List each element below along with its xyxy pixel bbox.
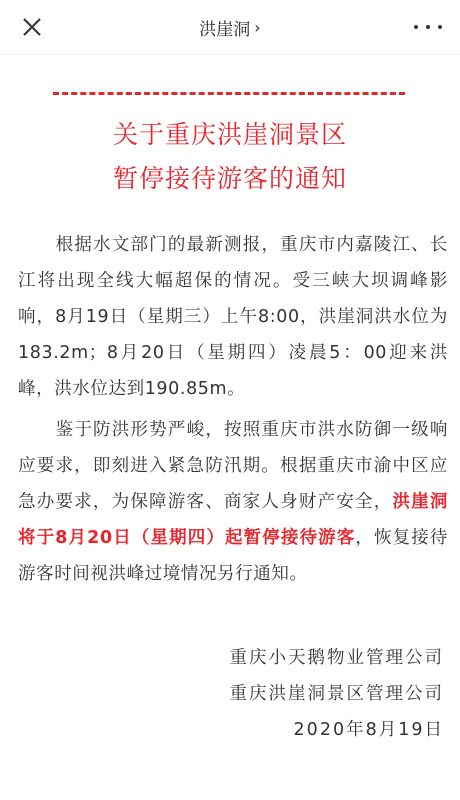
account-title-link[interactable]: 洪崖洞 › xyxy=(199,15,260,40)
title-line-2: 暂停接待游客的通知 xyxy=(0,157,460,201)
paragraph-2-text-before: 鉴于防洪形势严峻，按照重庆市洪水防御一级响应要求，即刻进入紧急防汛期。根据重庆市… xyxy=(18,420,448,512)
account-name: 洪崖洞 xyxy=(199,15,250,40)
signature-date: 2020年8月19日 xyxy=(294,712,444,748)
paragraph-1-text: 根据水文部门的最新测报，重庆市内嘉陵江、长江将出现全线大幅超保的情况。受三峡大坝… xyxy=(18,235,448,399)
paragraph-1: 根据水文部门的最新测报，重庆市内嘉陵江、长江将出现全线大幅超保的情况。受三峡大坝… xyxy=(18,227,448,407)
signature-org-2: 重庆洪崖洞景区管理公司 xyxy=(230,676,445,712)
article-title: 关于重庆洪崖洞景区 暂停接待游客的通知 xyxy=(0,113,460,201)
title-line-1: 关于重庆洪崖洞景区 xyxy=(0,113,460,157)
more-dots-icon xyxy=(414,25,418,29)
red-divider xyxy=(53,92,405,95)
close-icon xyxy=(20,15,44,39)
more-options-button[interactable] xyxy=(414,18,442,36)
paragraph-2: 鉴于防洪形势严峻，按照重庆市洪水防御一级响应要求，即刻进入紧急防汛期。根据重庆市… xyxy=(18,412,448,592)
close-button[interactable] xyxy=(20,15,44,39)
signature-org-1: 重庆小天鹅物业管理公司 xyxy=(230,640,445,676)
chevron-right-icon: › xyxy=(254,18,260,37)
top-navbar: 洪崖洞 › xyxy=(0,0,460,55)
